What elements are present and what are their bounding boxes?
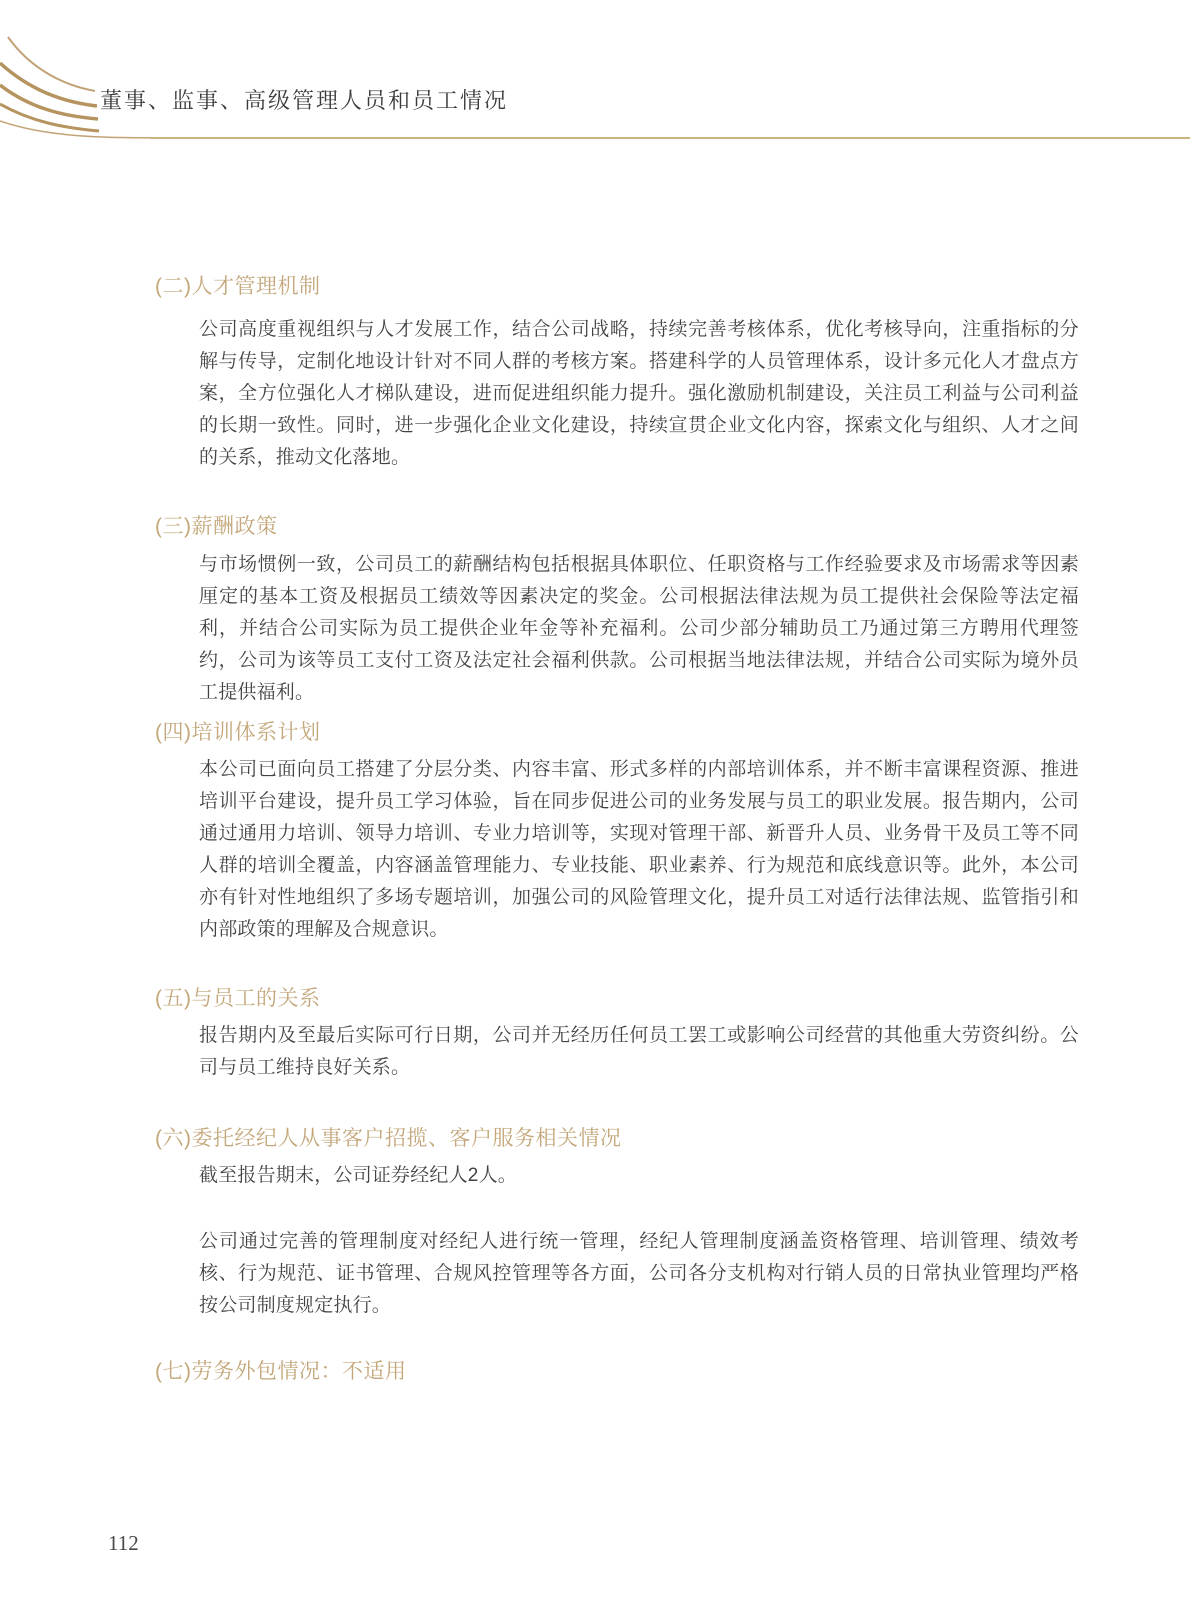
section-heading-labor-outsourcing: (七)劳务外包情况：不适用 bbox=[155, 1355, 407, 1385]
section-heading-entrusted-brokers: (六)委托经纪人从事客户招揽、客户服务相关情况 bbox=[155, 1122, 622, 1152]
chapter-title: 董事、监事、高级管理人员和员工情况 bbox=[100, 84, 508, 115]
section-heading-talent-management: (二)人才管理机制 bbox=[155, 270, 321, 300]
page-number: 112 bbox=[108, 1531, 139, 1556]
header-divider bbox=[150, 137, 1190, 139]
section-heading-employee-relations: (五)与员工的关系 bbox=[155, 982, 321, 1012]
paragraph-broker-count: 截至报告期末，公司证券经纪人2人。 bbox=[199, 1160, 1079, 1192]
paragraph-compensation-policy: 与市场惯例一致，公司员工的薪酬结构包括根据具体职位、任职资格与工作经验要求及市场… bbox=[199, 549, 1079, 709]
paragraph-training-system: 本公司已面向员工搭建了分层分类、内容丰富、形式多样的内部培训体系，并不断丰富课程… bbox=[199, 754, 1079, 946]
document-page: 董事、监事、高级管理人员和员工情况 (二)人才管理机制 公司高度重视组织与人才发… bbox=[0, 0, 1190, 1615]
section-heading-compensation-policy: (三)薪酬政策 bbox=[155, 510, 278, 540]
header-swoosh-icon bbox=[0, 18, 170, 144]
paragraph-employee-relations: 报告期内及至最后实际可行日期，公司并无经历任何员工罢工或影响公司经营的其他重大劳… bbox=[199, 1020, 1079, 1084]
paragraph-broker-management: 公司通过完善的管理制度对经纪人进行统一管理，经纪人管理制度涵盖资格管理、培训管理… bbox=[199, 1226, 1079, 1322]
section-heading-training-system: (四)培训体系计划 bbox=[155, 716, 321, 746]
paragraph-talent-management: 公司高度重视组织与人才发展工作，结合公司战略，持续完善考核体系，优化考核导向，注… bbox=[199, 314, 1079, 474]
